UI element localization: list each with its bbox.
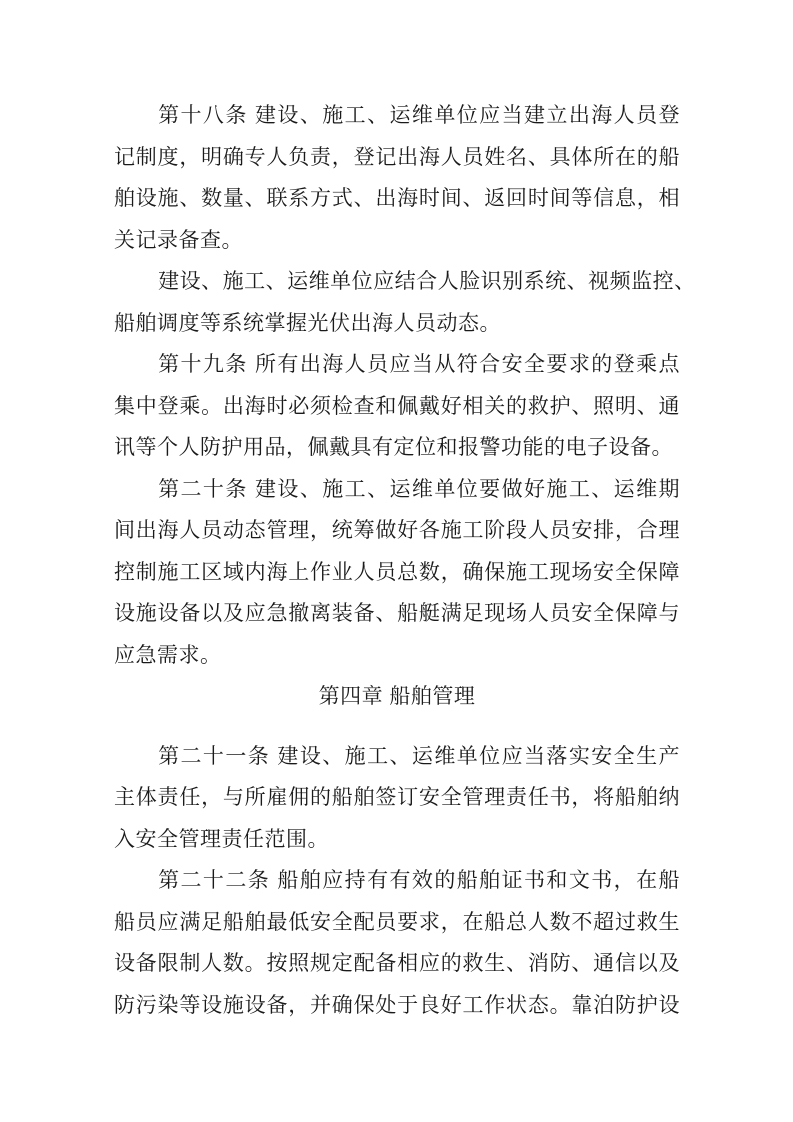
text-line: 设备限制人数。按照规定配备相应的救生、消防、通信以及 <box>114 943 680 985</box>
article-18-para-1: 第十八条 建设、施工、运维单位应当建立出海人员登记制度，明确专人负责，登记出海人… <box>114 95 680 261</box>
text-line: 建设、施工、运维单位应结合人脸识别系统、视频监控、 <box>114 261 680 303</box>
article-18-para-2: 建设、施工、运维单位应结合人脸识别系统、视频监控、船舶调度等系统掌握光伏出海人员… <box>114 261 680 344</box>
text-line: 记制度，明确专人负责，登记出海人员姓名、具体所在的船 <box>114 137 680 179</box>
document-body: 第十八条 建设、施工、运维单位应当建立出海人员登记制度，明确专人负责，登记出海人… <box>114 95 680 1026</box>
text-line: 关记录备查。 <box>114 220 680 262</box>
text-line: 船舶调度等系统掌握光伏出海人员动态。 <box>114 303 680 345</box>
text-line: 舶设施、数量、联系方式、出海时间、返回时间等信息，相 <box>114 178 680 220</box>
text-line: 讯等个人防护用品，佩戴具有定位和报警功能的电子设备。 <box>114 427 680 469</box>
text-line: 间出海人员动态管理，统筹做好各施工阶段人员安排，合理 <box>114 510 680 552</box>
text-line: 主体责任，与所雇佣的船舶签订安全管理责任书，将船舶纳 <box>114 777 680 819</box>
text-line: 第十九条 所有出海人员应当从符合安全要求的登乘点 <box>114 344 680 386</box>
article-19-para: 第十九条 所有出海人员应当从符合安全要求的登乘点集中登乘。出海时必须检查和佩戴好… <box>114 344 680 469</box>
text-line: 船员应满足船舶最低安全配员要求，在船总人数不超过救生 <box>114 902 680 944</box>
text-line: 应急需求。 <box>114 635 680 677</box>
chapter-4-heading: 第四章 船舶管理 <box>114 676 680 718</box>
text-line: 第二十一条 建设、施工、运维单位应当落实安全生产 <box>114 736 680 778</box>
article-22-para: 第二十二条 船舶应持有有效的船舶证书和文书，在船船员应满足船舶最低安全配员要求，… <box>114 860 680 1026</box>
article-20-para: 第二十条 建设、施工、运维单位要做好施工、运维期间出海人员动态管理，统筹做好各施… <box>114 469 680 677</box>
document-page: 第十八条 建设、施工、运维单位应当建立出海人员登记制度，明确专人负责，登记出海人… <box>0 0 793 1122</box>
text-line: 集中登乘。出海时必须检查和佩戴好相关的救护、照明、通 <box>114 386 680 428</box>
article-21-para: 第二十一条 建设、施工、运维单位应当落实安全生产主体责任，与所雇佣的船舶签订安全… <box>114 736 680 861</box>
text-line: 控制施工区域内海上作业人员总数，确保施工现场安全保障 <box>114 552 680 594</box>
text-line: 第二十二条 船舶应持有有效的船舶证书和文书，在船 <box>114 860 680 902</box>
text-line: 防污染等设施设备，并确保处于良好工作状态。靠泊防护设 <box>114 985 680 1027</box>
text-line: 第十八条 建设、施工、运维单位应当建立出海人员登 <box>114 95 680 137</box>
text-line: 入安全管理责任范围。 <box>114 819 680 861</box>
text-line: 第二十条 建设、施工、运维单位要做好施工、运维期 <box>114 469 680 511</box>
text-line: 设施设备以及应急撤离装备、船艇满足现场人员安全保障与 <box>114 593 680 635</box>
